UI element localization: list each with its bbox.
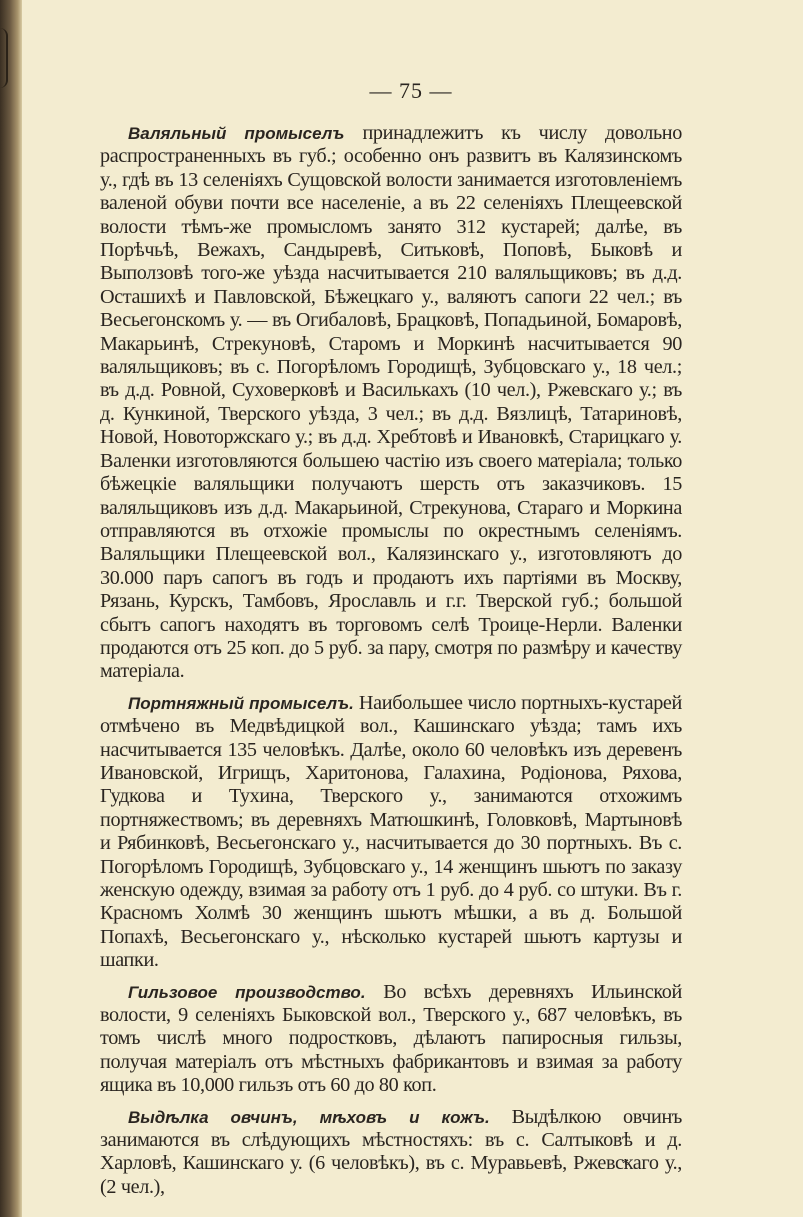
section-heading: Валяльный промыселъ: [128, 124, 344, 143]
section-heading: Портняжный промыселъ.: [128, 694, 354, 713]
page-body: — 75 — Валяльный промыселъ принадлежитъ …: [100, 78, 682, 1207]
paragraph-cigarette-tubes: Гильзовое производство. Во всѣхъ деревня…: [100, 981, 682, 1098]
paragraph-leather-dressing: Выдѣлка овчинъ, мѣховъ и кожъ. Выдѣлкою …: [100, 1106, 682, 1200]
book-binding: [0, 0, 22, 1217]
paragraph-text: принадлежитъ къ числу довольно распростр…: [100, 122, 682, 682]
paragraph-text: Наибольшее число портныхъ-кустарей отмѣч…: [100, 692, 682, 971]
page-number: — 75 —: [100, 78, 682, 104]
section-heading: Гильзовое производство.: [128, 983, 366, 1002]
paragraph-felting: Валяльный промыселъ принадлежитъ къ числ…: [100, 122, 682, 684]
binding-edge-mark: [0, 28, 8, 88]
paragraph-tailoring: Портняжный промыселъ. Наибольшее число п…: [100, 692, 682, 973]
section-heading: Выдѣлка овчинъ, мѣховъ и кожъ.: [128, 1108, 490, 1127]
signature-mark: *: [622, 1157, 629, 1173]
